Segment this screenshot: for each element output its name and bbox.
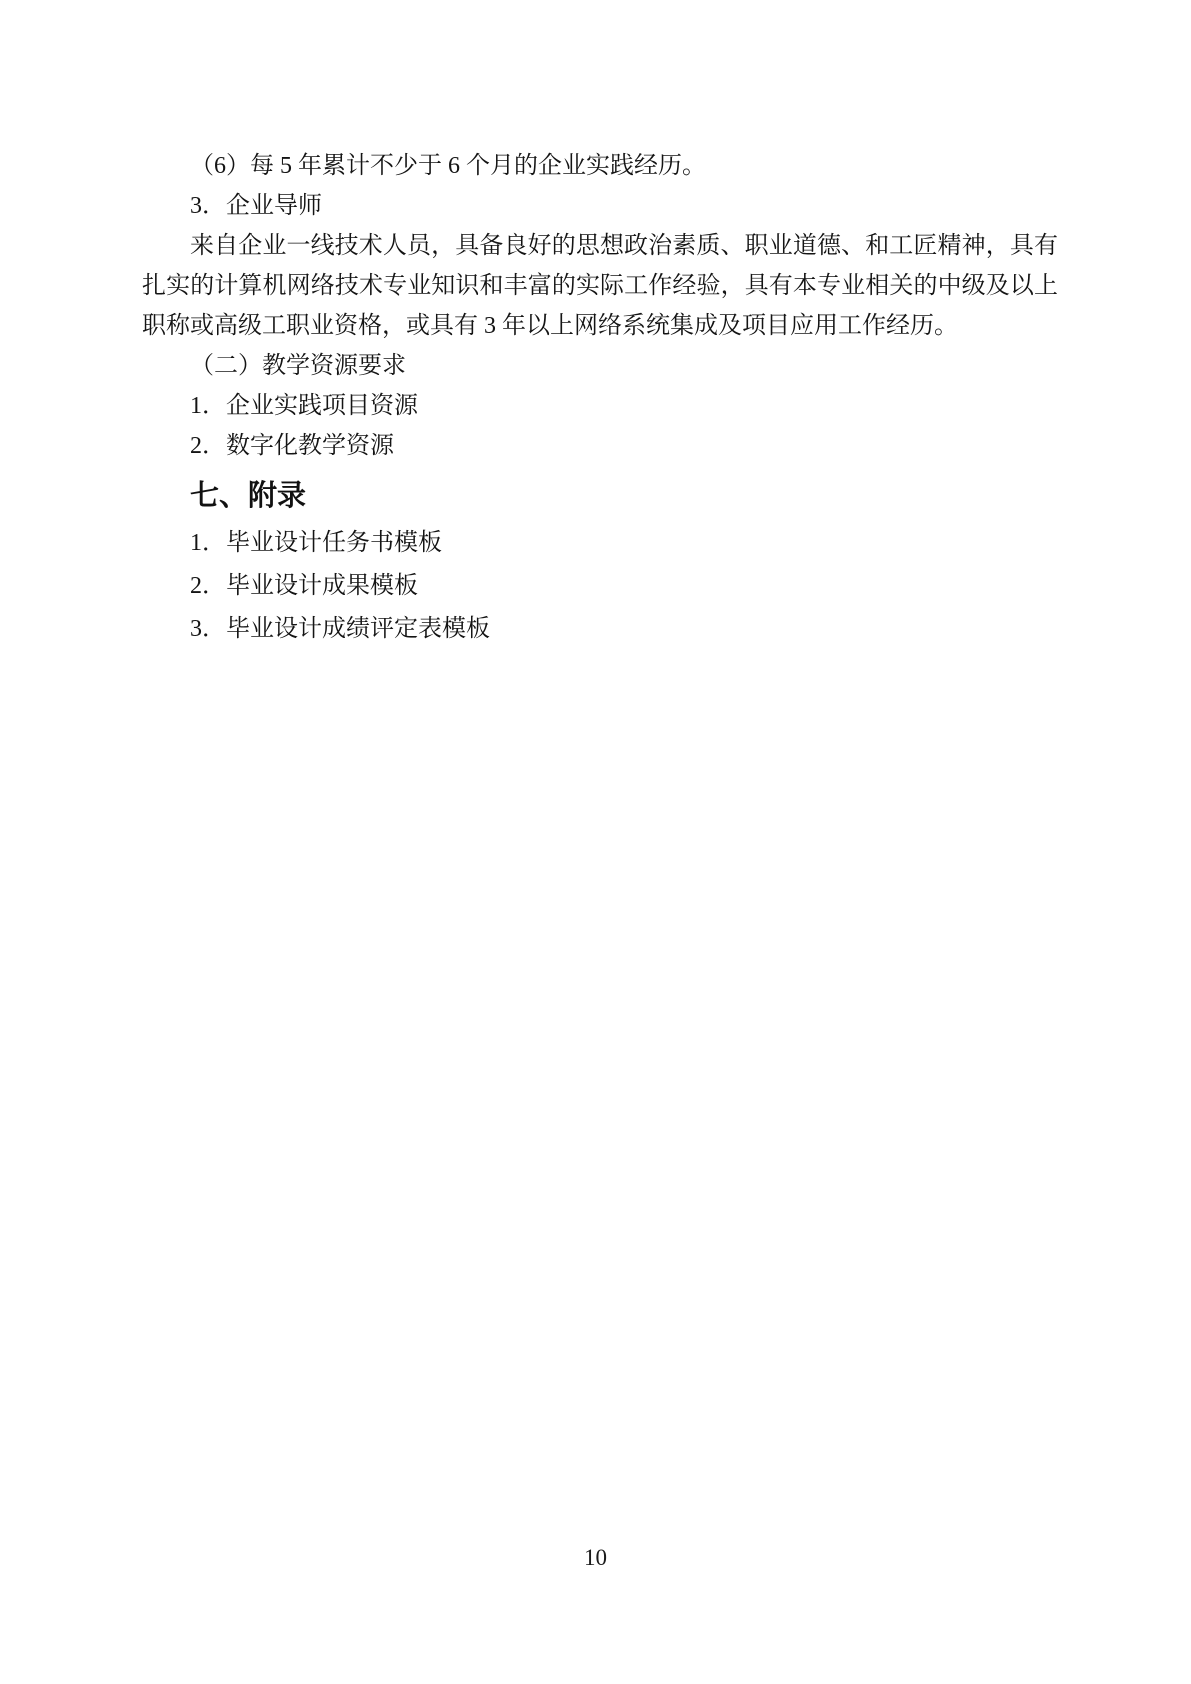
line-appendix-item-2: 2．毕业设计成果模板 bbox=[142, 565, 1058, 608]
page-number: 10 bbox=[0, 1544, 1191, 1572]
line-enterprise-practice-item-6: （6）每 5 年累计不少于 6 个月的企业实践经历。 bbox=[142, 146, 1058, 186]
paragraph-enterprise-mentor-description: 来自企业一线技术人员，具备良好的思想政治素质、职业道德、和工匠精神，具有扎实的计… bbox=[142, 226, 1058, 346]
line-appendix-item-3: 3．毕业设计成绩评定表模板 bbox=[142, 608, 1058, 651]
line-appendix-item-1: 1．毕业设计任务书模板 bbox=[142, 522, 1058, 565]
document-page: （6）每 5 年累计不少于 6 个月的企业实践经历。 3．企业导师 来自企业一线… bbox=[0, 0, 1191, 1684]
heading-appendix: 七、附录 bbox=[142, 476, 1058, 516]
line-teaching-resources-heading: （二）教学资源要求 bbox=[142, 346, 1058, 386]
line-digital-teaching-resources: 2．数字化教学资源 bbox=[142, 426, 1058, 466]
line-practice-project-resources: 1．企业实践项目资源 bbox=[142, 386, 1058, 426]
line-enterprise-mentor-heading: 3．企业导师 bbox=[142, 186, 1058, 226]
